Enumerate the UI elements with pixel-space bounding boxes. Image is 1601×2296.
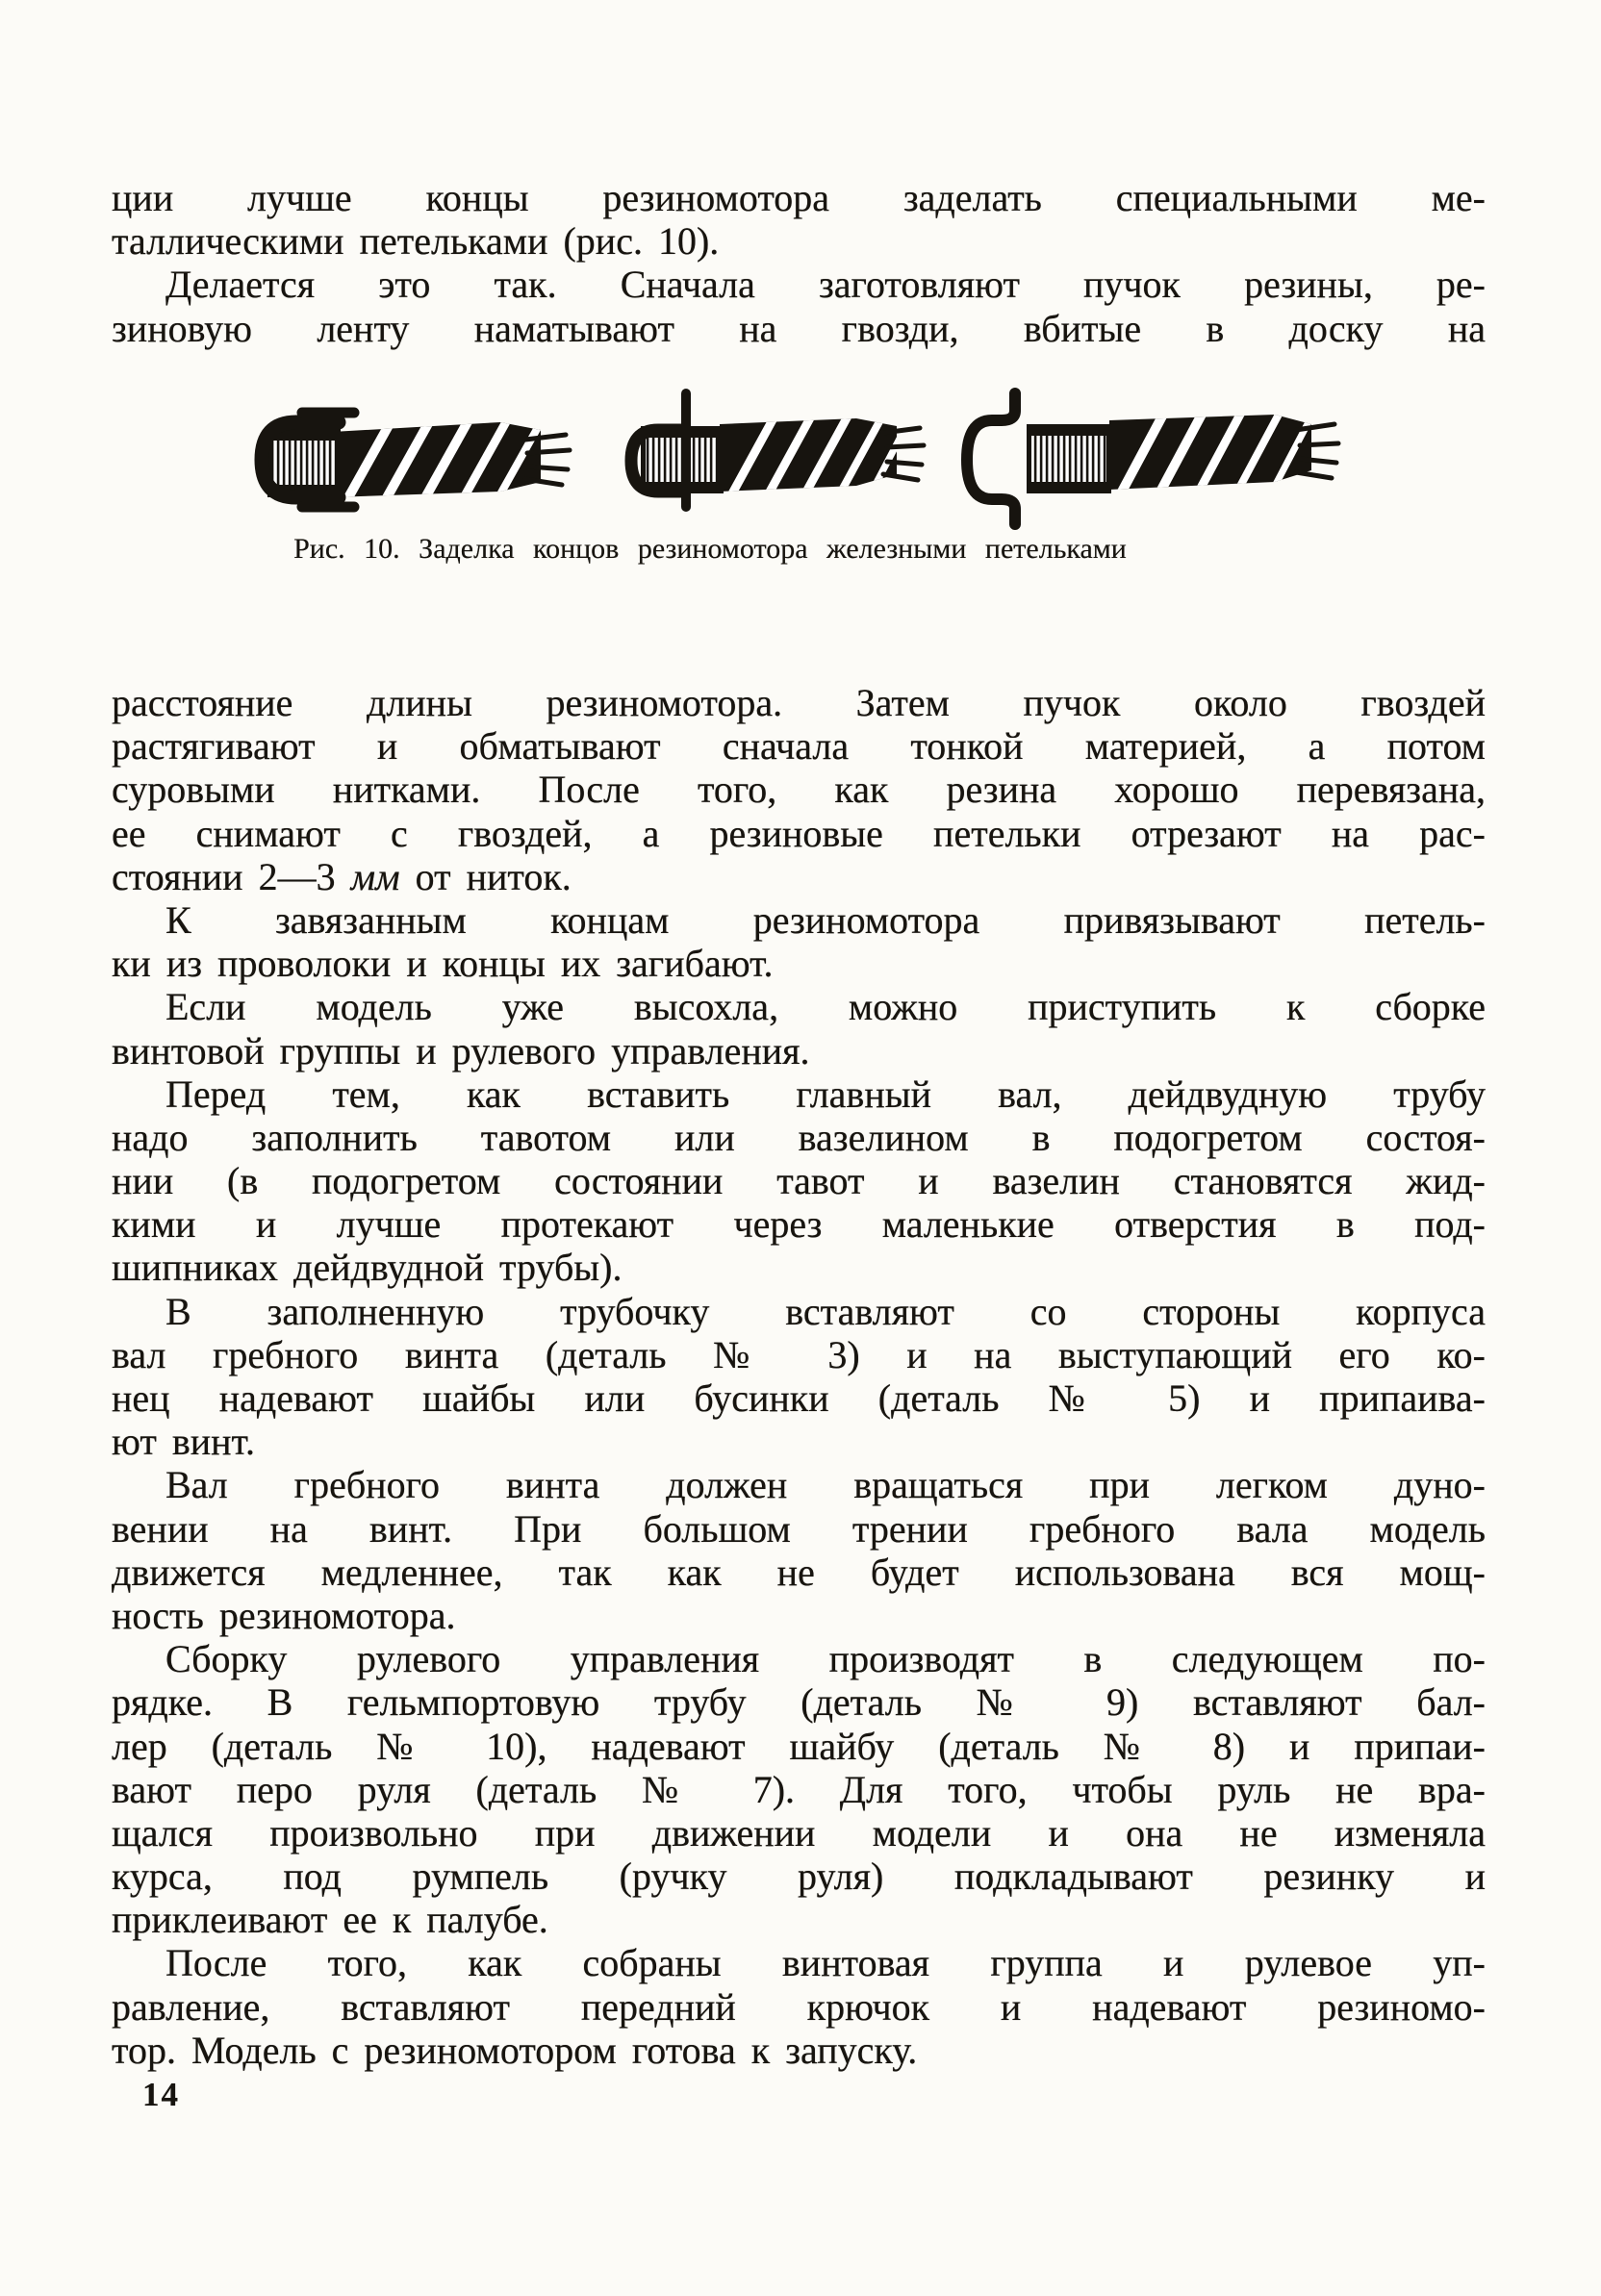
text-line: курса, под румпель (ручку руля) подклады… <box>112 1854 1486 1898</box>
text-line: щался произвольно при движении модели и … <box>112 1811 1486 1854</box>
text-line: шипниках дейдвудной трубы). <box>112 1246 1486 1289</box>
text-line: К завязанным концам резиномотора привязы… <box>112 898 1486 942</box>
text-line: Делается это так. Сначала заготовляют пу… <box>112 263 1486 306</box>
text-line: движется медленнее, так как не будет исп… <box>112 1551 1486 1594</box>
text-line: нец надевают шайбы или бусинки (деталь №… <box>112 1376 1486 1420</box>
text-line: вении на винт. При большом трении гребно… <box>112 1507 1486 1551</box>
text-line: стоянии 2—3 мм от ниток. <box>112 855 1486 898</box>
text-line: ки из проволоки и концы их загибают. <box>112 942 1486 985</box>
main-text-block: расстояние длины резиномотора. Затем пуч… <box>112 681 1486 2072</box>
text-line: Вал гребного винта должен вращаться при … <box>112 1463 1486 1506</box>
text-line: Если модель уже высохла, можно приступит… <box>112 985 1486 1028</box>
page-number: 14 <box>142 2076 180 2114</box>
text-line: Сборку рулевого управления производят в … <box>112 1637 1486 1680</box>
text-line: надо заполнить тавотом или вазелином в п… <box>112 1116 1486 1159</box>
wire-hook-icon <box>967 393 1015 524</box>
text-line: лер (деталь № 10), надевают шайбу (детал… <box>112 1725 1486 1768</box>
text-segment: от ниток. <box>400 855 572 898</box>
text-line: таллическими петельками (рис. 10). <box>112 219 1486 263</box>
text-line: В заполненную трубочку вставляют со стор… <box>112 1290 1486 1333</box>
figure-illustration <box>0 380 1601 534</box>
drawing-wire-hook-beside-rubber-motor-end <box>967 393 1338 524</box>
drawing-rubber-motor-end-with-nail-through-loop <box>631 393 924 507</box>
text-line: ют винт. <box>112 1420 1486 1463</box>
text-line: тор. Модель с резиномотором готова к зап… <box>112 2029 1486 2072</box>
figure-caption: Рис. 10. Заделка концов резиномотора жел… <box>114 533 1307 566</box>
drawing-rubber-motor-end-with-metal-clip-loop <box>262 413 570 507</box>
text-line: вают перо руля (деталь № 7). Для того, ч… <box>112 1768 1486 1811</box>
text-line: равление, вставляют передний крючок и на… <box>112 1985 1486 2029</box>
text-line: ность резиномотора. <box>112 1594 1486 1637</box>
text-line: ее снимают с гвоздей, а резиновые петель… <box>112 812 1486 855</box>
text-line: расстояние длины резиномотора. Затем пуч… <box>112 681 1486 724</box>
text-line: зиновую ленту наматывают на гвозди, вбит… <box>112 307 1486 350</box>
text-line: После того, как собраны винтовая группа … <box>112 1941 1486 1984</box>
text-line: рядке. В гельмпортовую трубу (деталь № 9… <box>112 1680 1486 1724</box>
book-page: ции лучше концы резиномотора заделать сп… <box>0 0 1601 2296</box>
text-line: Перед тем, как вставить главный вал, дей… <box>112 1072 1486 1116</box>
text-line: нии (в подогретом состоянии тавот и вазе… <box>112 1159 1486 1202</box>
text-segment: стоянии 2—3 <box>112 855 351 898</box>
italic-unit-mm: мм <box>351 855 400 898</box>
text-line: вал гребного винта (деталь № 3) и на выс… <box>112 1333 1486 1376</box>
text-line: приклеивают ее к палубе. <box>112 1898 1486 1941</box>
text-line: растягивают и обматывают сначала тонкой … <box>112 724 1486 768</box>
text-line: суровыми нитками. После того, как резина… <box>112 768 1486 811</box>
text-line: винтовой группы и рулевого управления. <box>112 1029 1486 1072</box>
text-line: кими и лучше протекают через маленькие о… <box>112 1202 1486 1246</box>
text-line: ции лучше концы резиномотора заделать сп… <box>112 176 1486 219</box>
top-paragraph-block: ции лучше концы резиномотора заделать сп… <box>112 176 1486 350</box>
